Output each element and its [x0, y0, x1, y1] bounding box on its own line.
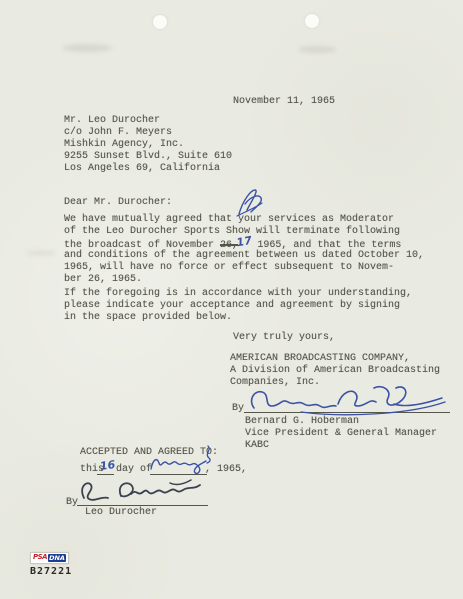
psa-dna-sticker: PSA DNA B27221	[30, 546, 74, 577]
body-line: and conditions of the agreement between …	[64, 250, 424, 262]
letter-date: November 11, 1965	[233, 96, 335, 108]
recipient-city: Los Angeles 69, California	[64, 163, 220, 175]
dna-logo-text: DNA	[48, 554, 66, 562]
day-of-label: day of	[116, 464, 152, 476]
handwritten-day: 16	[99, 458, 116, 473]
durocher-signature	[74, 478, 204, 506]
punch-hole	[305, 14, 319, 28]
paper-smudge	[62, 44, 112, 52]
year-text: , 1965,	[205, 464, 247, 476]
psa-dna-logo: PSA DNA	[30, 552, 69, 564]
certification-serial: B27221	[30, 566, 74, 577]
signer-typed-name: Bernard G. Hoberman	[245, 416, 359, 428]
punch-hole	[153, 15, 167, 29]
recipient-agency: Mishkin Agency, Inc.	[64, 139, 184, 151]
company-line: AMERICAN BROADCASTING COMPANY,	[230, 353, 410, 365]
recipient-street: 9255 Sunset Blvd., Suite 610	[64, 151, 232, 163]
body-line: If the foregoing is in accordance with y…	[64, 288, 412, 300]
day-blank-line	[97, 474, 114, 475]
letter-page: November 11, 1965 Mr. Leo Durocher c/o J…	[0, 0, 463, 599]
by-label: By	[232, 403, 244, 415]
closing: Very truly yours,	[233, 332, 335, 344]
handwritten-month-scribble	[149, 453, 209, 475]
paper-smudge	[26, 250, 56, 256]
body-line: please indicate your acceptance and agre…	[64, 300, 400, 312]
signer-title: Vice President & General Manager	[245, 428, 437, 440]
recipient-name: Mr. Leo Durocher	[64, 115, 160, 127]
body-line: 1965, will have no force or effect subse…	[64, 262, 394, 274]
body-line: of the Leo Durocher Sports Show will ter…	[64, 226, 400, 238]
paper-smudge	[298, 46, 336, 53]
salutation: Dear Mr. Durocher:	[64, 197, 172, 209]
signer-station: KABC	[245, 440, 269, 452]
body-line: We have mutually agreed that your servic…	[64, 214, 394, 226]
body-line: ber 26, 1965.	[64, 274, 142, 286]
psa-logo-text: PSA	[33, 554, 47, 561]
body-line: in the space provided below.	[64, 312, 232, 324]
hoberman-signature	[246, 382, 450, 418]
company-line: A Division of American Broadcasting	[230, 365, 440, 377]
recipient-care-of: c/o John F. Meyers	[64, 127, 172, 139]
accepter-typed-name: Leo Durocher	[85, 507, 157, 519]
